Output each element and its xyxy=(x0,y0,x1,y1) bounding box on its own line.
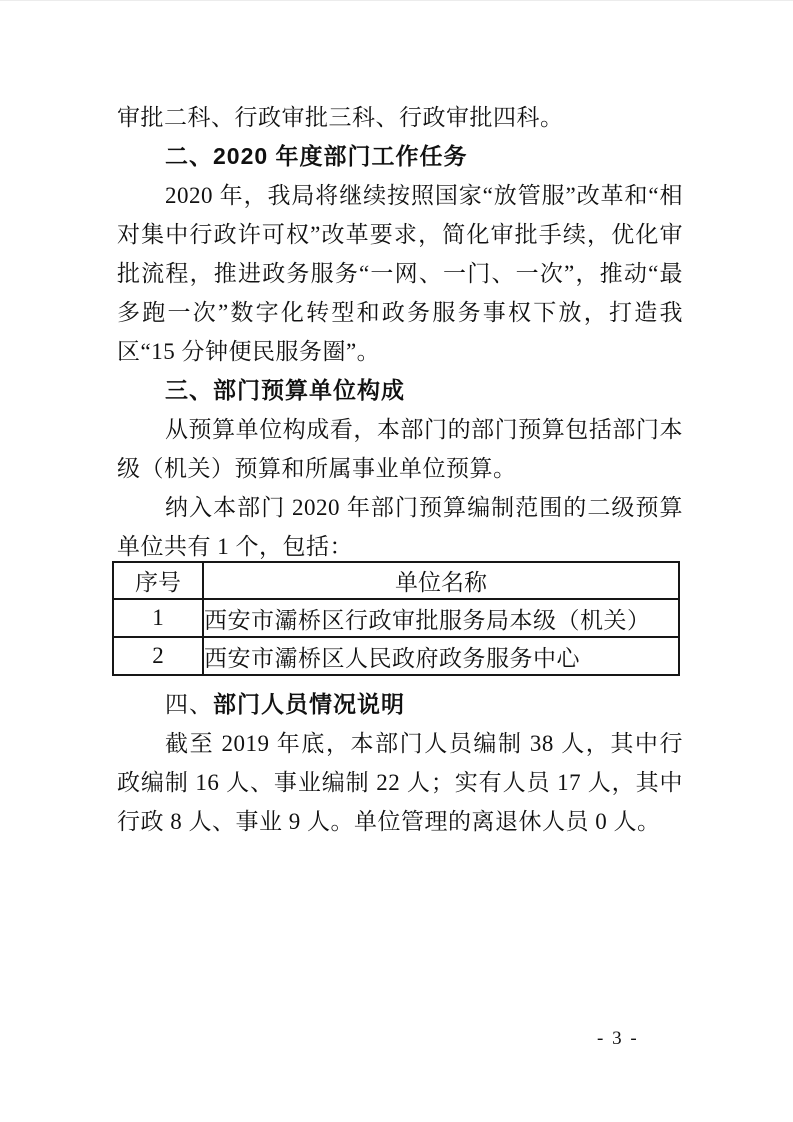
budget-units-table: 序号 单位名称 1 西安市灞桥区行政审批服务局本级（机关） 2 西安市灞桥区人民… xyxy=(112,561,680,676)
section-2-paragraph-1: 2020 年，我局将继续按照国家“放管服”改革和“相对集中行政许可权”改革要求，… xyxy=(117,176,683,371)
page-number: - 3 - xyxy=(597,1028,639,1050)
table-header-unit-name: 单位名称 xyxy=(203,562,679,599)
table-header-serial-number: 序号 xyxy=(113,562,203,599)
table-cell-serial-2: 2 xyxy=(113,637,203,675)
table-header-row: 序号 单位名称 xyxy=(113,562,679,599)
section-3-heading-prefix: 三、 xyxy=(165,377,213,403)
document-page: 审批二科、行政审批三科、行政审批四科。 二、2020 年度部门工作任务 2020… xyxy=(0,0,793,1122)
section-4-heading-prefix: 四、 xyxy=(165,692,213,717)
document-body-upper: 审批二科、行政审批三科、行政审批四科。 二、2020 年度部门工作任务 2020… xyxy=(117,98,683,566)
section-3-paragraph-1: 从预算单位构成看，本部门的部门预算包括部门本级（机关）预算和所属事业单位预算。 xyxy=(117,410,683,488)
section-3-paragraph-2: 纳入本部门 2020 年部门预算编制范围的二级预算单位共有 1 个，包括： xyxy=(117,488,683,566)
section-4-heading: 四、部门人员情况说明 xyxy=(117,685,683,724)
table-row: 2 西安市灞桥区人民政府政务服务中心 xyxy=(113,637,679,675)
section-3-heading-title: 部门预算单位构成 xyxy=(213,377,405,403)
section-2-heading-title: 2020 年度部门工作任务 xyxy=(213,143,468,169)
section-4-heading-title: 部门人员情况说明 xyxy=(213,691,405,717)
document-body-lower: 四、部门人员情况说明 截至 2019 年底，本部门人员编制 38 人，其中行政编… xyxy=(117,685,683,841)
table-cell-unit-1: 西安市灞桥区行政审批服务局本级（机关） xyxy=(203,599,679,637)
table-cell-serial-1: 1 xyxy=(113,599,203,637)
section-4-paragraph-1: 截至 2019 年底，本部门人员编制 38 人，其中行政编制 16 人、事业编制… xyxy=(117,724,683,841)
section-2-heading-prefix: 二、 xyxy=(165,143,213,169)
table-row: 1 西安市灞桥区行政审批服务局本级（机关） xyxy=(113,599,679,637)
continuation-paragraph: 审批二科、行政审批三科、行政审批四科。 xyxy=(117,98,683,137)
section-3-heading: 三、部门预算单位构成 xyxy=(117,371,683,410)
section-2-heading: 二、2020 年度部门工作任务 xyxy=(117,137,683,176)
table-cell-unit-2: 西安市灞桥区人民政府政务服务中心 xyxy=(203,637,679,675)
